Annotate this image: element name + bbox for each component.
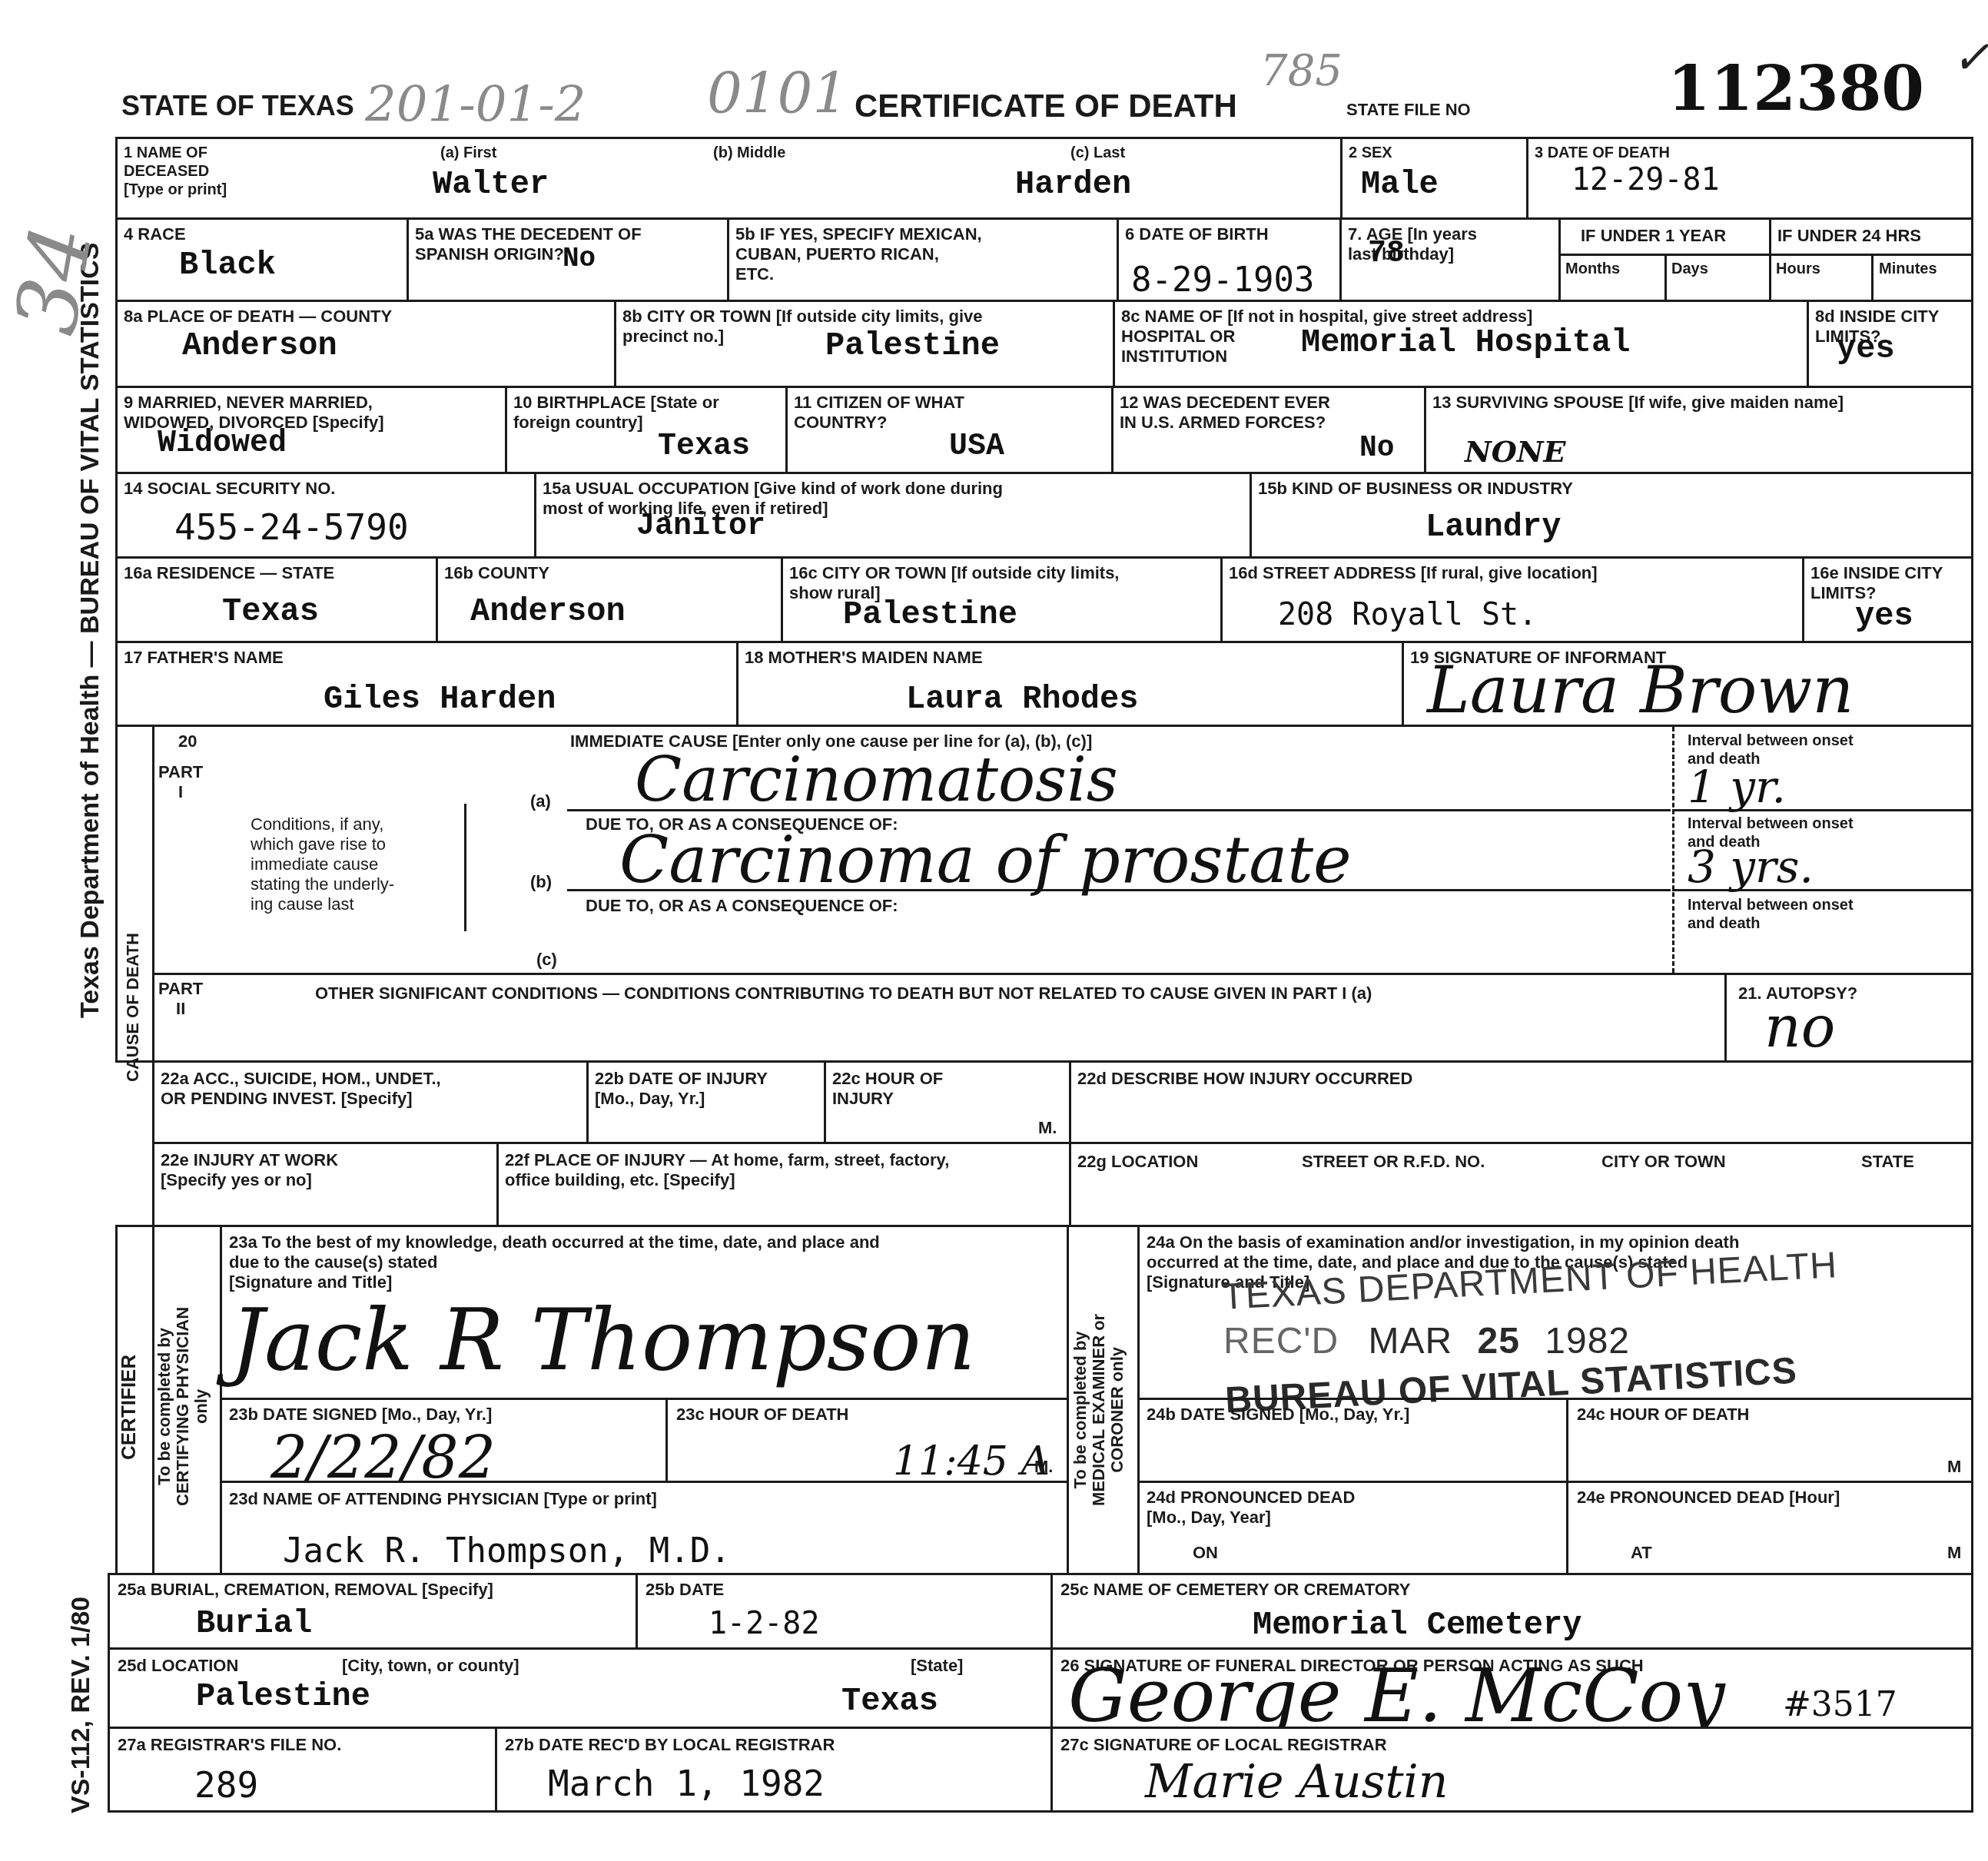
field-spanish-origin: 5a WAS THE DECEDENT OF SPANISH ORIGIN? N…: [407, 217, 729, 302]
months-label: Months: [1565, 260, 1620, 278]
field-surviving-spouse: 13 SURVIVING SPOUSE [If wife, give maide…: [1424, 386, 1973, 474]
examiner-divider-left: [1067, 1225, 1069, 1575]
disposition-date-label: 25b DATE: [646, 1580, 724, 1600]
disposition-method-value[interactable]: Burial: [196, 1606, 312, 1641]
disposition-location-city[interactable]: Palestine: [196, 1679, 370, 1714]
field-armed-forces: 12 WAS DECEDENT EVER IN U.S. ARMED FORCE…: [1111, 386, 1426, 474]
disposition-location-state-hint: [State]: [911, 1656, 963, 1676]
race-label: 4 RACE: [124, 224, 186, 244]
under-24-hours-label: IF UNDER 24 HRS: [1777, 226, 1921, 246]
state-file-label: STATE FILE NO: [1346, 100, 1471, 120]
field-father-name: 17 FATHER'S NAME Giles Harden: [115, 641, 738, 727]
birthplace-label: 10 BIRTHPLACE [State or foreign country]: [513, 393, 719, 433]
under-1-year-label: IF UNDER 1 YEAR: [1581, 226, 1726, 246]
cause-of-death-vertical-label: CAUSE OF DEATH: [123, 933, 143, 1082]
residence-county-label: 16b COUNTY: [444, 563, 549, 583]
field-date-of-birth: 6 DATE OF BIRTH 8-29-1903: [1117, 217, 1342, 302]
received-stamp-month: MAR: [1369, 1321, 1453, 1362]
field-spanish-specify: 5b IF YES, SPECIFY MEXICAN, CUBAN, PUERT…: [727, 217, 1119, 302]
attending-physician-value[interactable]: Jack R. Thompson, M.D.: [283, 1534, 731, 1569]
field-birthplace: 10 BIRTHPLACE [State or foreign country]…: [505, 386, 788, 474]
field-occupation: 15a USUAL OCCUPATION [Give kind of work …: [534, 472, 1252, 559]
manner-of-death-label: 22a ACC., SUICIDE, HOM., UNDET., OR PEND…: [161, 1069, 441, 1109]
field-disposition-method: 25a BURIAL, CREMATION, REMOVAL [Specify]…: [108, 1573, 638, 1650]
field-name-of-deceased: 1 NAME OF DECEASED [Type or print] (a) F…: [115, 137, 1342, 220]
field-social-security: 14 SOCIAL SECURITY NO. 455-24-5790: [115, 472, 536, 559]
certifier-vertical-label: CERTIFIER: [117, 1355, 141, 1460]
examiner-only-vertical-label: To be completed by MEDICAL EXAMINER or C…: [1071, 1314, 1127, 1506]
injury-description-label: 22d DESCRIBE HOW INJURY OCCURRED: [1077, 1069, 1412, 1089]
received-stamp-line-2: REC'D MAR 25 1982: [1223, 1320, 1630, 1362]
pronounced-hour-label: 24e PRONOUNCED DEAD [Hour]: [1577, 1488, 1840, 1508]
field-injury-at-work: 22e INJURY AT WORK [Specify yes or no]: [152, 1142, 499, 1227]
citizen-label: 11 CITIZEN OF WHAT COUNTRY?: [794, 393, 964, 433]
date-hour-divider: [665, 1398, 668, 1481]
place-of-death-county-value[interactable]: Anderson: [182, 328, 337, 363]
minutes-label: Minutes: [1879, 260, 1937, 278]
first-name-value[interactable]: Walter: [433, 167, 549, 202]
autopsy-value[interactable]: no: [1764, 994, 1835, 1060]
date-received-label: 27b DATE REC'D BY LOCAL REGISTRAR: [505, 1735, 835, 1755]
field-injury-description: 22d DESCRIBE HOW INJURY OCCURRED: [1069, 1060, 1973, 1144]
injury-hour-label: 22c HOUR OF INJURY: [832, 1069, 943, 1109]
pronounced-on-label: ON: [1193, 1543, 1218, 1563]
injury-state-label: STATE: [1861, 1152, 1914, 1172]
surviving-spouse-value[interactable]: NONE: [1465, 434, 1566, 469]
received-stamp-prefix: REC'D: [1223, 1321, 1339, 1362]
field-mother-maiden-name: 18 MOTHER'S MAIDEN NAME Laura Rhodes: [736, 641, 1404, 727]
date-signed-label: 23b DATE SIGNED [Mo., Day, Yr.]: [229, 1405, 492, 1425]
pronounced-date-label: 24d PRONOUNCED DEAD [Mo., Day, Year]: [1147, 1488, 1355, 1528]
examiner-hour-label: 24c HOUR OF DEATH: [1577, 1405, 1750, 1425]
residence-city-value[interactable]: Palestine: [843, 597, 1017, 632]
divider: [1871, 254, 1873, 300]
interval-b-value[interactable]: 3 yrs.: [1688, 841, 1814, 893]
field-age: 7. AGE [In years last birthday] 78: [1339, 217, 1561, 302]
divider: [1664, 254, 1667, 300]
mother-maiden-name-value[interactable]: Laura Rhodes: [906, 682, 1138, 717]
registrar-signature[interactable]: Marie Austin: [1145, 1755, 1448, 1809]
date-of-death-value[interactable]: 12-29-81: [1571, 162, 1720, 197]
field-residence-city: 16c CITY OR TOWN [If outside city limits…: [781, 556, 1223, 643]
field-injury-location: 22g LOCATION STREET OR R.F.D. NO. CITY O…: [1069, 1142, 1973, 1227]
injury-hour-suffix: M.: [1038, 1118, 1057, 1138]
pencil-note-3: 785: [1260, 46, 1342, 96]
examiner-row-line-2: [1137, 1481, 1973, 1483]
citizen-value[interactable]: USA: [949, 430, 1004, 465]
date-of-birth-value[interactable]: 8-29-1903: [1131, 263, 1314, 298]
state-file-number: 112380: [1668, 55, 1924, 121]
industry-value[interactable]: Laundry: [1425, 509, 1561, 545]
mother-maiden-name-label: 18 MOTHER'S MAIDEN NAME: [745, 648, 983, 668]
injury-at-work-label: 22e INJURY AT WORK [Specify yes or no]: [161, 1150, 338, 1190]
registrar-file-no-value[interactable]: 289: [194, 1767, 258, 1803]
field-informant-signature: 19 SIGNATURE OF INFORMANT Laura Brown: [1402, 641, 1973, 727]
registrar-signature-label: 27c SIGNATURE OF LOCAL REGISTRAR: [1060, 1735, 1387, 1755]
conditions-note: Conditions, if any, which gave rise to i…: [251, 814, 394, 914]
social-security-value[interactable]: 455-24-5790: [174, 509, 409, 545]
field-injury-date: 22b DATE OF INJURY [Mo., Day, Yr.]: [586, 1060, 826, 1144]
field-date-of-death: 3 DATE OF DEATH 12-29-81: [1526, 137, 1973, 220]
pencil-note-2: 0101: [707, 61, 848, 126]
examiner-date-signed-label: 24b DATE SIGNED [Mo., Day, Yr.]: [1147, 1405, 1409, 1425]
field-sex: 2 SEX Male: [1340, 137, 1528, 220]
part-one-label: PART I: [158, 762, 203, 802]
cause-c-label: (c): [536, 950, 557, 970]
last-name-label: (c) Last: [1070, 144, 1125, 162]
last-name-value[interactable]: Harden: [1015, 167, 1131, 202]
hours-label: Hours: [1776, 260, 1820, 278]
interval-divider: [1672, 727, 1674, 973]
residence-state-value[interactable]: Texas: [222, 594, 319, 629]
residence-inside-city-value[interactable]: yes: [1855, 599, 1913, 634]
injury-city-label: CITY OR TOWN: [1601, 1152, 1726, 1172]
cause-inner-divider: [152, 725, 154, 1063]
field-residence-inside-city: 16e INSIDE CITY LIMITS? yes: [1802, 556, 1973, 643]
examiner-col-divider: [1566, 1398, 1568, 1575]
place-of-injury-label: 22f PLACE OF INJURY — At home, farm, str…: [505, 1150, 949, 1190]
received-stamp-day: 25: [1478, 1321, 1520, 1362]
cemetery-value[interactable]: Memorial Cemetery: [1253, 1607, 1581, 1643]
cause-a-label: (a): [530, 791, 551, 811]
age-value[interactable]: 78: [1368, 237, 1405, 272]
certifier-row-line-1: [220, 1398, 1068, 1400]
form-number-vertical-label: VS-112, REV. 1/80: [66, 1597, 96, 1813]
field-place-of-death-city: 8b CITY OR TOWN [If outside city limits,…: [614, 300, 1115, 388]
disposition-method-label: 25a BURIAL, CREMATION, REMOVAL [Specify]: [118, 1580, 493, 1600]
field-residence-street: 16d STREET ADDRESS [If rural, give locat…: [1220, 556, 1804, 643]
surviving-spouse-label: 13 SURVIVING SPOUSE [If wife, give maide…: [1432, 393, 1844, 413]
field-injury-hour: 22c HOUR OF INJURY M.: [824, 1060, 1071, 1144]
field-under-24-hours: IF UNDER 24 HRS Hours Minutes: [1769, 217, 1973, 302]
field-place-of-injury: 22f PLACE OF INJURY — At home, farm, str…: [496, 1142, 1071, 1227]
autopsy-divider: [1724, 973, 1727, 1063]
field-cemetery: 25c NAME OF CEMETERY OR CREMATORY Memori…: [1050, 1573, 1973, 1650]
armed-forces-label: 12 WAS DECEDENT EVER IN U.S. ARMED FORCE…: [1120, 393, 1330, 433]
residence-county-value[interactable]: Anderson: [470, 594, 626, 629]
conditions-bracket: [464, 804, 466, 931]
field-disposition-date: 25b DATE 1-2-82: [636, 1573, 1053, 1650]
injury-location-label: 22g LOCATION: [1077, 1152, 1198, 1172]
checkmark-icon: ✓: [1952, 31, 1988, 85]
funeral-director-license: #3517: [1783, 1685, 1897, 1724]
cause-a-value[interactable]: Carcinomatosis: [635, 744, 1118, 815]
physician-signature[interactable]: Jack R Thompson: [231, 1291, 975, 1389]
examiner-hour-suffix: M: [1947, 1457, 1961, 1477]
pronounced-suffix: M: [1947, 1543, 1961, 1563]
occupation-value[interactable]: Janitor: [636, 509, 765, 545]
disposition-location-city-hint: [City, town, or county]: [342, 1656, 519, 1676]
middle-name-label: (b) Middle: [713, 144, 785, 162]
margin-pencil-note: 34: [0, 218, 111, 341]
date-received-value[interactable]: March 1, 1982: [548, 1766, 825, 1801]
received-stamp-year: 1982: [1545, 1321, 1630, 1362]
field-race: 4 RACE Black: [115, 217, 409, 302]
field-place-inside-city: 8d INSIDE CITY LIMITS? yes: [1807, 300, 1973, 388]
field-residence-state: 16a RESIDENCE — STATE Texas: [115, 556, 438, 643]
spanish-specify-label: 5b IF YES, SPECIFY MEXICAN, CUBAN, PUERT…: [735, 224, 982, 284]
cemetery-label: 25c NAME OF CEMETERY OR CREMATORY: [1060, 1580, 1411, 1600]
spanish-origin-value[interactable]: No: [563, 241, 596, 277]
residence-street-value[interactable]: 208 Royall St.: [1278, 597, 1537, 632]
race-value[interactable]: Black: [179, 247, 276, 283]
field-marital-status: 9 MARRIED, NEVER MARRIED, WIDOWED, DIVOR…: [115, 386, 507, 474]
certificate-title: CERTIFICATE OF DEATH: [855, 88, 1237, 124]
pronounced-at-label: AT: [1631, 1543, 1652, 1563]
field-citizen: 11 CITIZEN OF WHAT COUNTRY? USA: [785, 386, 1113, 474]
cause-item-number: 20: [178, 731, 197, 751]
interval-a-value[interactable]: 1 yr.: [1688, 761, 1786, 813]
examiner-row-line-1: [1137, 1398, 1973, 1400]
informant-signature[interactable]: Laura Brown: [1427, 652, 1854, 728]
disposition-location-state[interactable]: Texas: [841, 1684, 938, 1719]
injury-street-label: STREET OR R.F.D. NO.: [1302, 1152, 1485, 1172]
sex-value[interactable]: Male: [1361, 167, 1439, 202]
place-inside-city-value[interactable]: yes: [1837, 331, 1895, 367]
place-of-death-city-value[interactable]: Palestine: [825, 328, 1000, 363]
hour-of-death-value[interactable]: 11:45 A: [893, 1438, 1050, 1484]
certification-statement-23a: 23a To the best of my knowledge, death o…: [229, 1232, 880, 1292]
first-name-label: (a) First: [440, 144, 496, 162]
other-conditions-label: OTHER SIGNIFICANT CONDITIONS — CONDITION…: [315, 984, 1372, 1003]
field-funeral-director: 26 SIGNATURE OF FUNERAL DIRECTOR OR PERS…: [1050, 1647, 1973, 1729]
social-security-label: 14 SOCIAL SECURITY NO.: [124, 479, 335, 499]
attending-physician-label: 23d NAME OF ATTENDING PHYSICIAN [Type or…: [229, 1489, 657, 1509]
marital-status-value[interactable]: Widowed: [158, 426, 287, 462]
hour-of-death-label: 23c HOUR OF DEATH: [676, 1405, 849, 1425]
field-under-1-year: IF UNDER 1 YEAR Months Days: [1558, 217, 1771, 302]
days-label: Days: [1671, 260, 1708, 278]
field-date-received: 27b DATE REC'D BY LOCAL REGISTRAR March …: [495, 1727, 1053, 1813]
part-divider: [152, 973, 1973, 975]
agency-vertical-label: Texas Department of Health — BUREAU OF V…: [75, 243, 105, 1018]
place-of-death-county-label: 8a PLACE OF DEATH — COUNTY: [124, 307, 392, 327]
physician-column-divider: [220, 1225, 222, 1575]
field-manner-of-death: 22a ACC., SUICIDE, HOM., UNDET., OR PEND…: [152, 1060, 589, 1144]
field-industry: 15b KIND OF BUSINESS OR INDUSTRY Laundry: [1250, 472, 1973, 559]
sex-label: 2 SEX: [1349, 144, 1392, 162]
armed-forces-value[interactable]: No: [1359, 431, 1395, 466]
birthplace-value[interactable]: Texas: [658, 430, 750, 465]
examiner-divider-right: [1137, 1225, 1140, 1575]
father-name-value[interactable]: Giles Harden: [324, 682, 556, 717]
part-two-label: PART II: [158, 979, 203, 1019]
industry-label: 15b KIND OF BUSINESS OR INDUSTRY: [1258, 479, 1573, 499]
field-disposition-location: 25d LOCATION [City, town, or county] [St…: [108, 1647, 1053, 1729]
father-name-label: 17 FATHER'S NAME: [124, 648, 284, 668]
occupation-label: 15a USUAL OCCUPATION [Give kind of work …: [543, 479, 1003, 519]
field-residence-county: 16b COUNTY Anderson: [436, 556, 783, 643]
field-place-of-death-county: 8a PLACE OF DEATH — COUNTY Anderson: [115, 300, 616, 388]
field-registrar-file-no: 27a REGISTRAR'S FILE NO. 289: [108, 1727, 497, 1813]
cause-b-value[interactable]: Carcinoma of prostate: [619, 822, 1352, 897]
injury-date-label: 22b DATE OF INJURY [Mo., Day, Yr.]: [595, 1069, 768, 1109]
pencil-note-1: 201-01-2: [365, 77, 586, 134]
residence-state-label: 16a RESIDENCE — STATE: [124, 563, 334, 583]
state-of-texas-heading: STATE OF TEXAS: [121, 91, 354, 121]
date-of-birth-label: 6 DATE OF BIRTH: [1125, 224, 1269, 244]
field-registrar-signature: 27c SIGNATURE OF LOCAL REGISTRAR Marie A…: [1050, 1727, 1973, 1813]
registrar-file-no-label: 27a REGISTRAR'S FILE NO.: [118, 1735, 341, 1755]
interval-label-c: Interval between onset and death: [1688, 896, 1854, 933]
name-of-deceased-label: 1 NAME OF DECEASED [Type or print]: [124, 144, 227, 199]
hour-of-death-suffix: M.: [1034, 1457, 1053, 1477]
residence-street-label: 16d STREET ADDRESS [If rural, give locat…: [1229, 563, 1598, 583]
hospital-value[interactable]: Memorial Hospital: [1301, 325, 1630, 360]
disposition-location-label: 25d LOCATION: [118, 1656, 238, 1676]
physician-only-vertical-label: To be completed by CERTIFYING PHYSICIAN …: [155, 1307, 211, 1506]
certifier-row-line-2: [220, 1481, 1068, 1483]
disposition-date-value[interactable]: 1-2-82: [709, 1606, 820, 1641]
cause-b-label: (b): [530, 872, 552, 892]
spanish-origin-label: 5a WAS THE DECEDENT OF SPANISH ORIGIN?: [415, 224, 642, 264]
field-hospital: 8c NAME OF [If not in hospital, give str…: [1113, 300, 1809, 388]
due-to-label-2: DUE TO, OR AS A CONSEQUENCE OF:: [586, 896, 898, 916]
date-of-death-label: 3 DATE OF DEATH: [1535, 144, 1670, 162]
